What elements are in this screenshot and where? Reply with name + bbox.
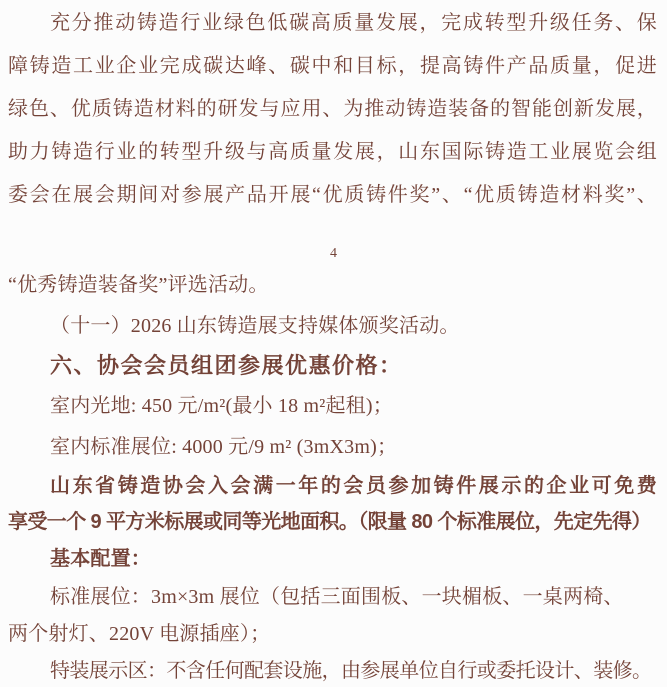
body-text-line: 助力铸造行业的转型升级与高质量发展，山东国际铸造工业展览会组 [8,139,657,165]
document-page: 充分推动铸造行业绿色低碳高质量发展，完成转型升级任务、保 障铸造工业企业完成碳达… [0,0,667,687]
section-heading: 六、协会会员组团参展优惠价格： [8,352,657,381]
standard-booth-config-line: 两个射灯、220V 电源插座）； [8,621,657,647]
basic-config-heading: 基本配置： [8,546,657,572]
special-decoration-line: 特装展示区：不含任何配套设施，由参展单位自行或委托设计、装修。 [8,658,657,684]
member-benefit-line: 享受一个 9 平方米标展或同等光地面积。（限量 80 个标准展位，先定先得） [8,509,657,535]
price-standard-booth-line: 室内标准展位: 4000 元/9 m² (3mX3m)； [8,434,657,460]
subsection-item-line: （十一）2026 山东铸造展支持媒体颁奖活动。 [8,313,657,339]
body-text-line: 障铸造工业企业完成碳达峰、碳中和目标，提高铸件产品质量，促进 [8,53,657,79]
body-text-line: “优秀铸造装备奖”评选活动。 [8,272,657,298]
body-text-line: 委会在展会期间对参展产品开展“优质铸件奖”、“优质铸造材料奖”、 [8,182,657,208]
price-indoor-space-line: 室内光地: 450 元/m²(最小 18 m²起租)； [8,393,657,419]
body-text-line: 充分推动铸造行业绿色低碳高质量发展，完成转型升级任务、保 [8,10,657,36]
body-text-line: 绿色、优质铸造材料的研发与应用、为推动铸造装备的智能创新发展， [8,96,657,122]
standard-booth-config-line: 标准展位：3m×3m 展位（包括三面围板、一块楣板、一桌两椅、 [8,584,657,610]
member-benefit-line: 山东省铸造协会入会满一年的会员参加铸件展示的企业可免费 [8,473,657,499]
page-number: 4 [0,246,667,262]
